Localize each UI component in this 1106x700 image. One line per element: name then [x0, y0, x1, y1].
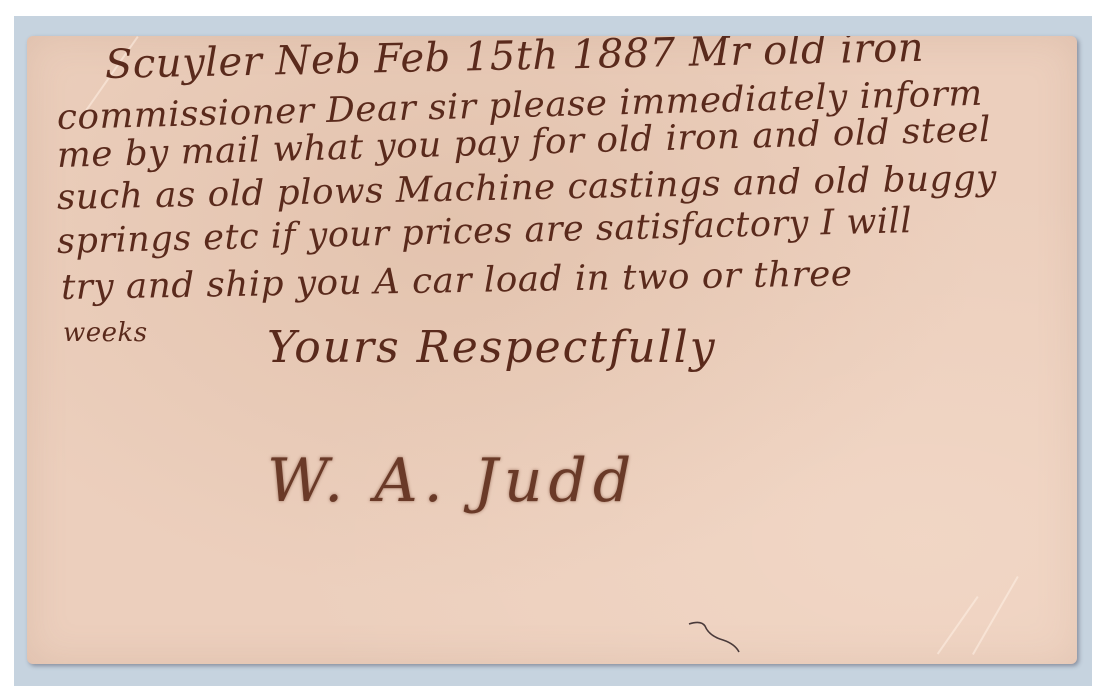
- letter-line-6: try and ship you A car load in two or th…: [61, 254, 853, 308]
- paper-crease: [972, 576, 1019, 655]
- letter-line-7: weeks: [63, 318, 148, 348]
- closing-salutation: Yours Respectfully: [267, 322, 717, 373]
- postal-card: Scuyler Neb Feb 15th 1887 Mr old iron co…: [27, 36, 1077, 664]
- ink-stray-mark-icon: [687, 614, 747, 654]
- signature: W. A. Judd: [267, 446, 637, 516]
- paper-crease: [937, 596, 979, 654]
